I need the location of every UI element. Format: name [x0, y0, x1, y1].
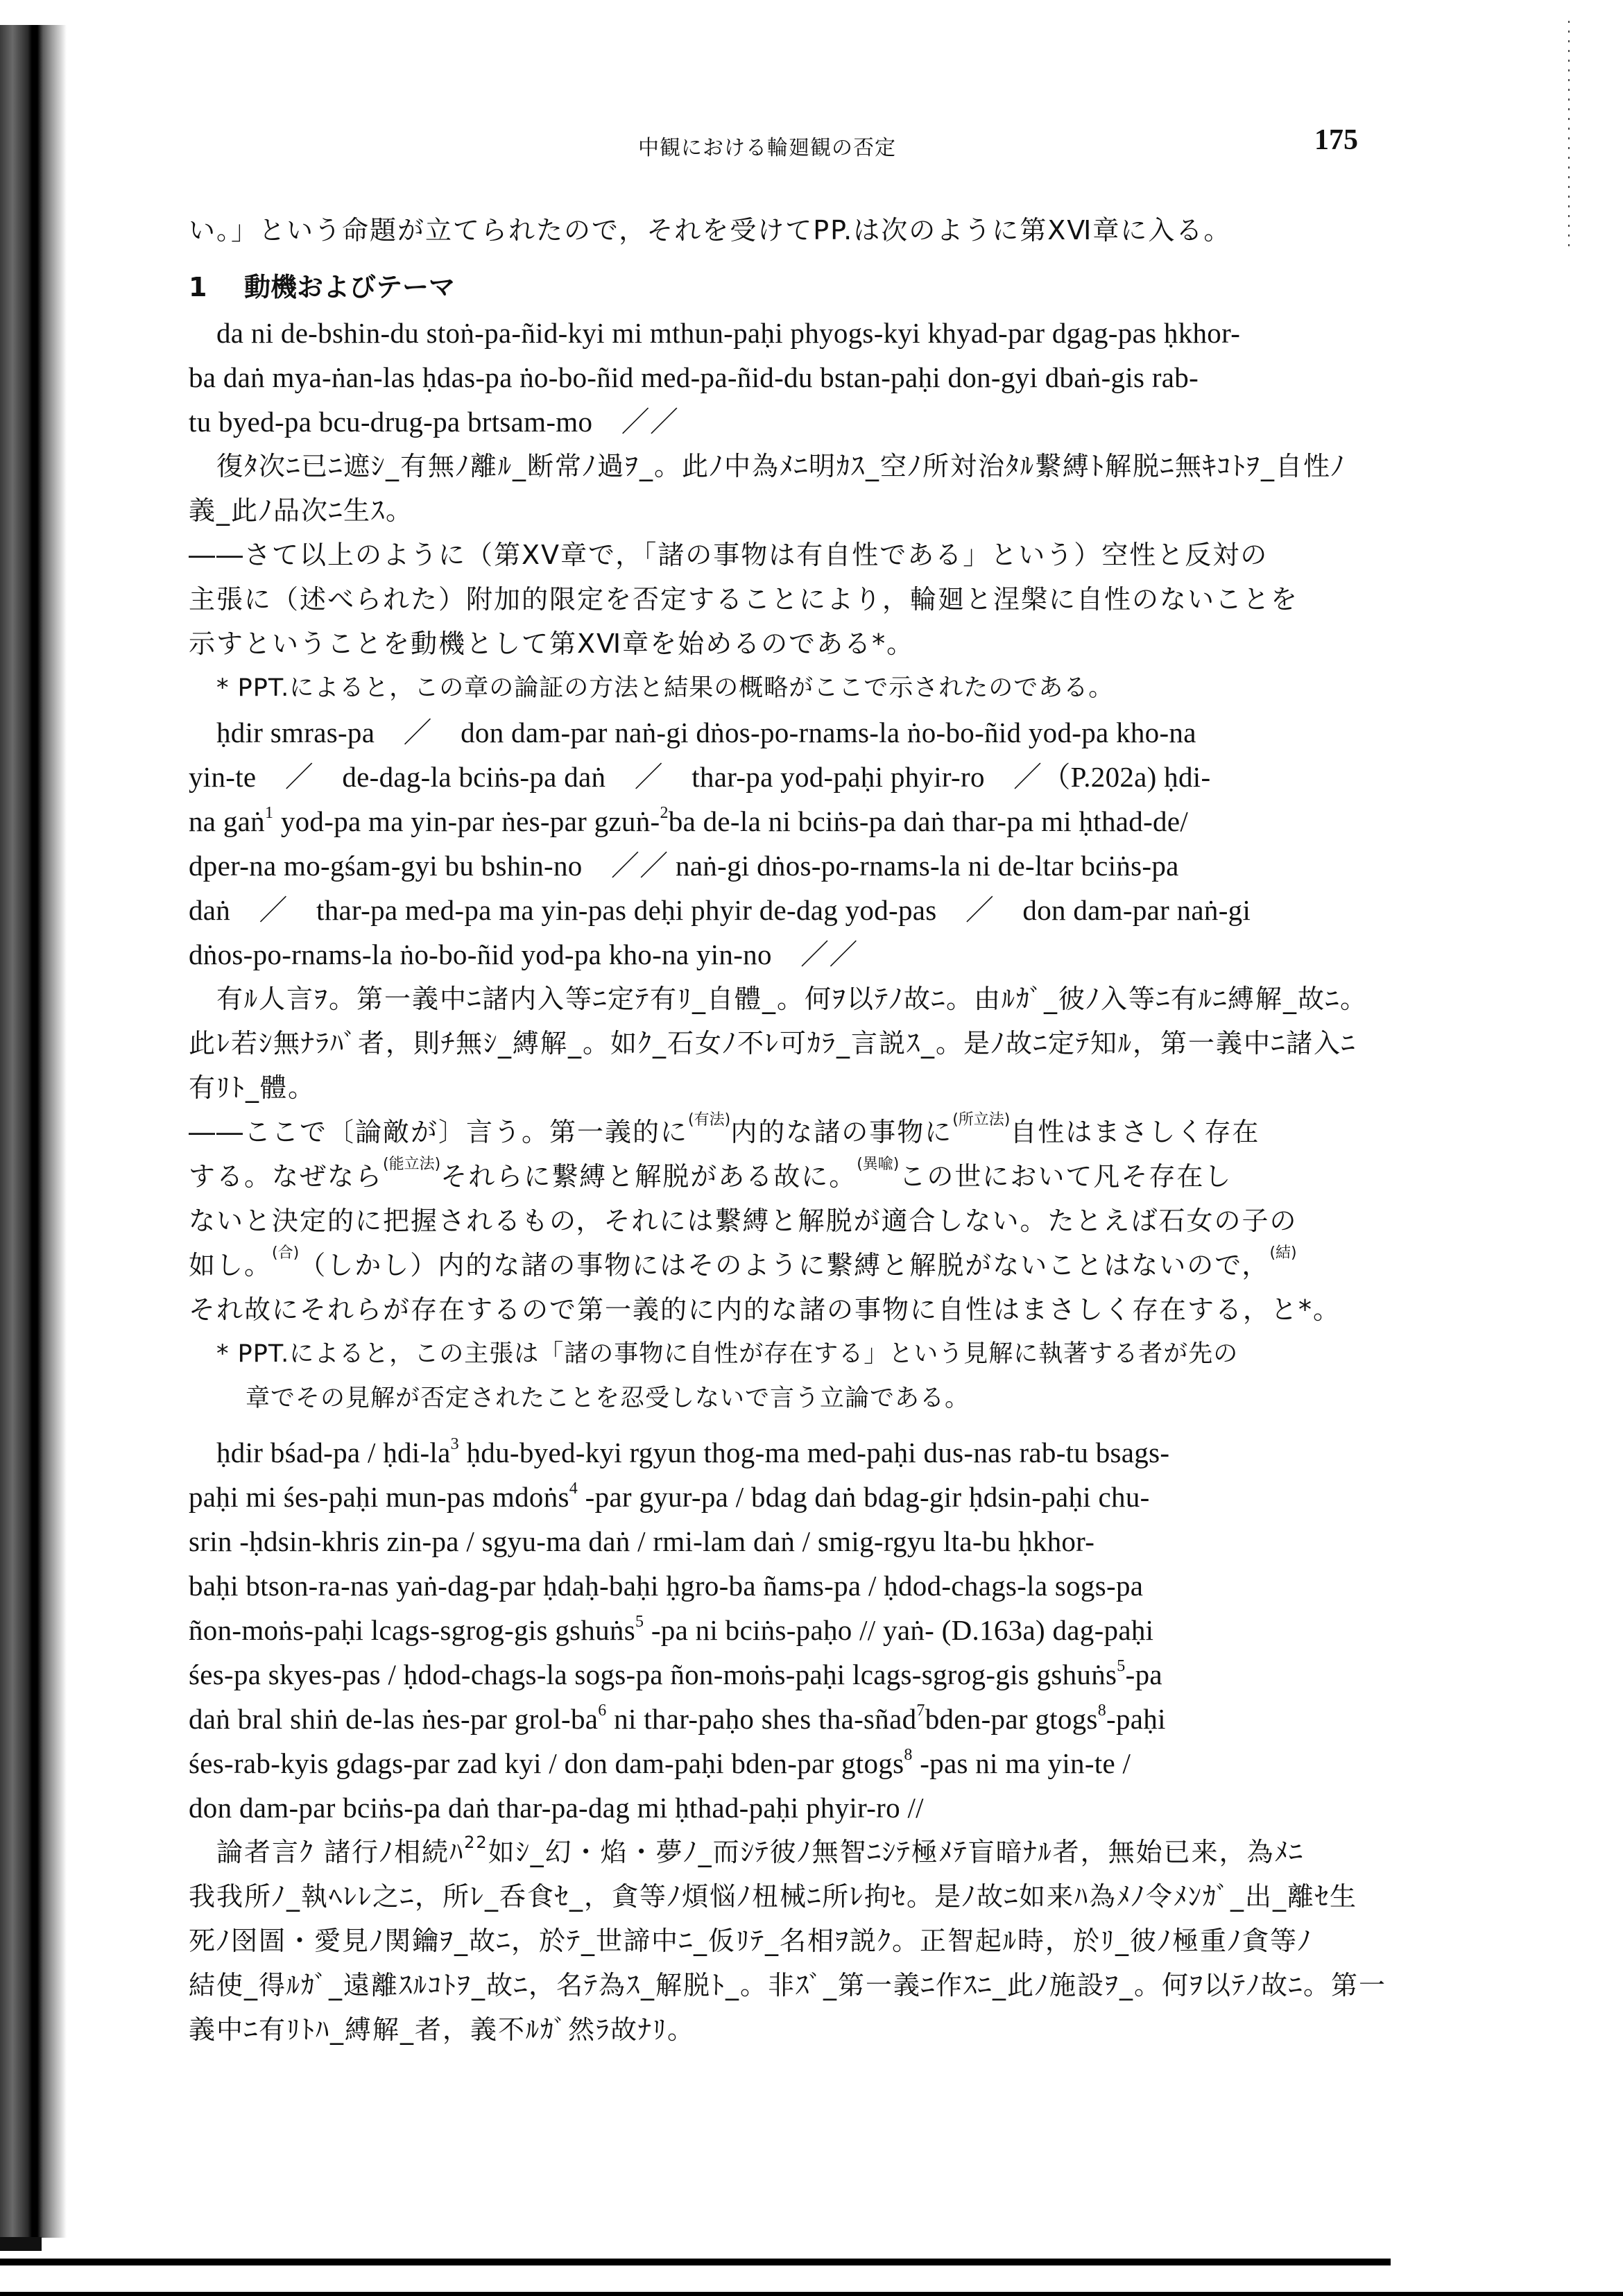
footnote-ref[interactable]: 4	[569, 1480, 578, 1498]
syllogism-tag: (異喩)	[857, 1156, 899, 1173]
translation-line: する。なぜなら(能立法)それらに繋縛と解脱がある故に。(異喩)この世において凡そ…	[189, 1154, 1361, 1199]
chinese-line: 此ﾚ若ｼ無ﾅﾗﾊﾞ者，則ﾁ無ｼ_縛解_。如ｸ_石女ﾉ不ﾚ可ｶﾗ_言説ｽ_。是ﾉ故…	[189, 1021, 1361, 1065]
tibetan-line: śes-rab-kyis gdags-par zad kyi / don dam…	[189, 1741, 1361, 1785]
tibetan-passage-1: da ni de-bshin-du stoṅ-pa-ñid-kyi mi mth…	[189, 311, 1361, 444]
translation-line: 主張に（述べられた）附加的限定を否定することにより，輪廻と涅槃に自性のないことを	[189, 577, 1361, 622]
footnote-ref[interactable]: 7	[916, 1702, 925, 1720]
footnote-line: 章でその見解が否定されたことを忍受しないで言う立論である。	[189, 1376, 1361, 1421]
tibetan-line: da ni de-bshin-du stoṅ-pa-ñid-kyi mi mth…	[189, 311, 1361, 355]
footnote-line: * PPT.によると，この主張は「諸の事物に自性が存在する」という見解に執著する…	[189, 1332, 1361, 1376]
tibetan-text: śes-rab-kyis gdags-par zad kyi / don dam…	[189, 1747, 904, 1779]
chinese-text: 如ｼ_幻・焰・夢ﾉ_而ｼﾃ彼ﾉ無智ﾆｼﾃ極ﾒﾃ盲暗ﾅﾙ者，無始已来，為ﾒﾆ	[488, 1837, 1304, 1867]
tibetan-line: na gaṅ1 yod-pa ma yin-par ṅes-par gzuṅ-2…	[189, 799, 1361, 843]
chinese-line: 有ﾙ人言ｦ。第一義中ﾆ諸内入等ﾆ定ﾃ有ﾘ_自體_。何ｦ以ﾃﾉ故ﾆ。由ﾙｶﾞ_彼ﾉ…	[189, 977, 1361, 1021]
tibetan-text: -par gyur-pa / bdag daṅ bdag-gir ḥdsin-p…	[578, 1481, 1150, 1513]
chinese-passage-3: 論者言ｸ 諸行ﾉ相続ﾊ22如ｼ_幻・焰・夢ﾉ_而ｼﾃ彼ﾉ無智ﾆｼﾃ極ﾒﾃ盲暗ﾅﾙ…	[189, 1830, 1361, 2052]
tibetan-line: śes-pa skyes-pas / ḥdod-chags-la sogs-pa…	[189, 1652, 1361, 1697]
translation-passage-1: ――さて以上のように（第ⅩⅤ章で，「諸の事物は有自性である」という）空性と反対の…	[189, 533, 1361, 666]
running-head-title: 中観における輪廻観の否定	[638, 130, 896, 161]
page-body: い。」という命題が立てられたので，それを受けてPP.は次のように第ⅩⅥ章に入る。…	[189, 208, 1361, 2052]
footnote-1: * PPT.によると，この章の論証の方法と結果の概略がここで示されたのである。	[189, 666, 1361, 710]
translation-line: それ故にそれらが存在するので第一義的に内的な諸の事物に自性はまさしく存在する，と…	[189, 1287, 1361, 1332]
tibetan-text: daṅ bral shiṅ de-las ṅes-par grol-ba	[189, 1703, 598, 1735]
tibetan-text: -pa ni bciṅs-paḥo // yaṅ- (D.163a) dag-p…	[644, 1614, 1153, 1646]
tibetan-text: na gaṅ	[189, 805, 265, 837]
page-number: 175	[1314, 123, 1358, 157]
syllogism-tag: (能立法)	[383, 1156, 440, 1173]
section-number: 1	[189, 265, 244, 309]
tibetan-text: śes-pa skyes-pas / ḥdod-chags-la sogs-pa…	[189, 1659, 1117, 1690]
chinese-line: 義_此ﾉ品次ﾆ生ｽ。	[189, 488, 1361, 533]
translation-text: 如し。	[189, 1250, 272, 1280]
chinese-line: 有ﾘﾄ_體。	[189, 1065, 1361, 1110]
syllogism-tag: (有法)	[688, 1111, 730, 1129]
tibetan-text: ba de-la ni bciṅs-pa daṅ thar-pa mi ḥtha…	[669, 805, 1188, 837]
chinese-line: 論者言ｸ 諸行ﾉ相続ﾊ22如ｼ_幻・焰・夢ﾉ_而ｼﾃ彼ﾉ無智ﾆｼﾃ極ﾒﾃ盲暗ﾅﾙ…	[189, 1830, 1361, 1874]
footnote-ref[interactable]: 2	[660, 804, 668, 822]
translation-line: ないと決定的に把握されるもの，それには繋縛と解脱が適合しない。たとえば石女の子の	[189, 1199, 1361, 1243]
tibetan-passage-2: ḥdir smras-pa ／ don dam-par naṅ-gi dṅos-…	[189, 710, 1361, 977]
tibetan-line: paḥi mi śes-paḥi mun-pas mdoṅs4 -par gyu…	[189, 1475, 1361, 1519]
tibetan-line: yin-te ／ de-dag-la bciṅs-pa daṅ ／ thar-p…	[189, 755, 1361, 799]
scan-bottom-edge	[0, 2292, 1623, 2296]
tibetan-line: daṅ bral shiṅ de-las ṅes-par grol-ba6 ni…	[189, 1697, 1361, 1741]
translation-text: （しかし）内的な諸の事物にはそのように繋縛と解脱がないことはないので，	[299, 1250, 1269, 1280]
tibetan-line: tu byed-pa bcu-drug-pa brtsam-mo ／／	[189, 400, 1361, 444]
chinese-text: 論者言ｸ 諸行ﾉ相続ﾊ	[216, 1837, 464, 1867]
footnote-ref[interactable]: 3	[451, 1435, 459, 1453]
chinese-line: 我我所ﾉ_執ﾍﾚﾚ之ﾆ，所ﾚ_呑食ｾ_，貪等ﾉ煩悩ﾉ杻械ﾆ所ﾚ拘ｾ。是ﾉ故ﾆ如来…	[189, 1874, 1361, 1919]
translation-text: この世において凡そ存在し	[899, 1161, 1232, 1192]
translation-text: 内的な諸の事物に	[730, 1117, 952, 1147]
tibetan-line: daṅ ／ thar-pa med-pa ma yin-pas deḥi phy…	[189, 888, 1361, 932]
footnote-ref[interactable]: 6	[598, 1702, 606, 1720]
syllogism-tag: (合)	[272, 1244, 299, 1262]
translation-passage-2: ――ここで〔論敵が〕言う。第一義的に(有法)内的な諸の事物に(所立法)自性はまさ…	[189, 1110, 1361, 1332]
tibetan-text: -pas ni ma yin-te /	[913, 1747, 1131, 1779]
tibetan-text: -paḥi	[1106, 1703, 1166, 1735]
tibetan-line: ḥdir bśad-pa / ḥdi-la3 ḥdu-byed-kyi rgyu…	[189, 1430, 1361, 1475]
footnote-ref[interactable]: 8	[904, 1746, 912, 1764]
tibetan-text: ñon-moṅs-paḥi lcags-sgrog-gis gshuṅs	[189, 1614, 635, 1646]
translation-line: ――さて以上のように（第ⅩⅤ章で，「諸の事物は有自性である」という）空性と反対の	[189, 533, 1361, 577]
tibetan-line: ñon-moṅs-paḥi lcags-sgrog-gis gshuṅs5 -p…	[189, 1608, 1361, 1652]
tibetan-line: don dam-par bciṅs-pa daṅ thar-pa-dag mi …	[189, 1785, 1361, 1830]
footnote-ref[interactable]: 1	[265, 804, 273, 822]
tibetan-text: paḥi mi śes-paḥi mun-pas mdoṅs	[189, 1481, 569, 1513]
chinese-line: 結使_得ﾙｶﾞ_遠離ｽﾙｺﾄｦ_故ﾆ，名ﾃ為ｽ_解脱ﾄ_。非ｽﾞ_第一義ﾆ作ｽﾆ…	[189, 1963, 1361, 2007]
scan-binding-foot	[0, 2237, 42, 2251]
tibetan-line: dṅos-po-rnams-la ṅo-bo-ñid yod-pa kho-na…	[189, 932, 1361, 977]
translation-line: 如し。(合)（しかし）内的な諸の事物にはそのように繋縛と解脱がないことはないので…	[189, 1243, 1361, 1287]
tibetan-line: dper-na mo-gśam-gyi bu bshin-no ／／ naṅ-g…	[189, 843, 1361, 888]
scan-edge-specks	[1568, 21, 1570, 250]
tibetan-text: -pa	[1126, 1659, 1162, 1690]
footnote-2: * PPT.によると，この主張は「諸の事物に自性が存在する」という見解に執著する…	[189, 1332, 1361, 1421]
translation-text: する。なぜなら	[189, 1161, 383, 1192]
tibetan-line: ba daṅ mya-ṅan-las ḥdas-pa ṅo-bo-ñid med…	[189, 355, 1361, 400]
tibetan-text: bden-par gtogs	[925, 1703, 1098, 1735]
chinese-passage-2: 有ﾙ人言ｦ。第一義中ﾆ諸内入等ﾆ定ﾃ有ﾘ_自體_。何ｦ以ﾃﾉ故ﾆ。由ﾙｶﾞ_彼ﾉ…	[189, 977, 1361, 1110]
section-title: 動機およびテーマ	[244, 272, 455, 302]
tibetan-text: ni thar-paḥo shes tha-sñad	[607, 1703, 917, 1735]
tibetan-text: ḥdir bśad-pa / ḥdi-la	[216, 1437, 451, 1468]
chinese-line: 義中ﾆ有ﾘﾄﾊ_縛解_者，義不ﾙｶﾞ然ﾗ故ﾅﾘ。	[189, 2007, 1361, 2052]
translation-text: それらに繋縛と解脱がある故に。	[440, 1161, 857, 1192]
scan-bottom-rule	[0, 2259, 1391, 2265]
translation-text: ――ここで〔論敵が〕言う。第一義的に	[189, 1117, 688, 1147]
tibetan-line: srin -ḥdsin-khris zin-pa / sgyu-ma daṅ /…	[189, 1519, 1361, 1563]
footnote-ref[interactable]: 22	[464, 1833, 488, 1852]
scan-binding-shadow	[0, 25, 67, 2238]
tibetan-text: ḥdu-byed-kyi rgyun thog-ma med-paḥi dus-…	[459, 1437, 1169, 1468]
tibetan-line: ḥdir smras-pa ／ don dam-par naṅ-gi dṅos-…	[189, 710, 1361, 755]
translation-line: ――ここで〔論敵が〕言う。第一義的に(有法)内的な諸の事物に(所立法)自性はまさ…	[189, 1110, 1361, 1154]
footnote-ref[interactable]: 5	[635, 1613, 644, 1631]
tibetan-passage-3: ḥdir bśad-pa / ḥdi-la3 ḥdu-byed-kyi rgyu…	[189, 1430, 1361, 1830]
translation-line: 示すということを動機として第ⅩⅥ章を始めるのである*。	[189, 622, 1361, 666]
tibetan-text: yod-pa ma yin-par ṅes-par gzuṅ-	[273, 805, 660, 837]
footnote-ref[interactable]: 8	[1098, 1702, 1106, 1720]
intro-line: い。」という命題が立てられたので，それを受けてPP.は次のように第ⅩⅥ章に入る。	[189, 208, 1361, 252]
footnote-ref[interactable]: 5	[1117, 1657, 1125, 1675]
syllogism-tag: (結)	[1269, 1244, 1296, 1262]
chinese-passage-1: 復ﾀ次ﾆ已ﾆ遮ｼ_有無ﾉ離ﾙ_断常ﾉ過ｦ_。此ﾉ中為ﾒﾆ明ｶｽ_空ﾉ所対治ﾀﾙ繋…	[189, 444, 1361, 533]
section-heading: 1動機およびテーマ	[189, 265, 1361, 309]
chinese-line: 死ﾉ囹圄・愛見ﾉ関鑰ｦ_故ﾆ，於ﾃ_世諦中ﾆ_仮ﾘﾃ_名相ｦ説ｸ。正智起ﾙ時，於…	[189, 1919, 1361, 1963]
syllogism-tag: (所立法)	[952, 1111, 1010, 1129]
chinese-line: 復ﾀ次ﾆ已ﾆ遮ｼ_有無ﾉ離ﾙ_断常ﾉ過ｦ_。此ﾉ中為ﾒﾆ明ｶｽ_空ﾉ所対治ﾀﾙ繋…	[189, 444, 1361, 488]
translation-text: 自性はまさしく存在	[1010, 1117, 1260, 1147]
tibetan-line: baḥi btson-ra-nas yaṅ-dag-par ḥdaḥ-baḥi …	[189, 1563, 1361, 1608]
